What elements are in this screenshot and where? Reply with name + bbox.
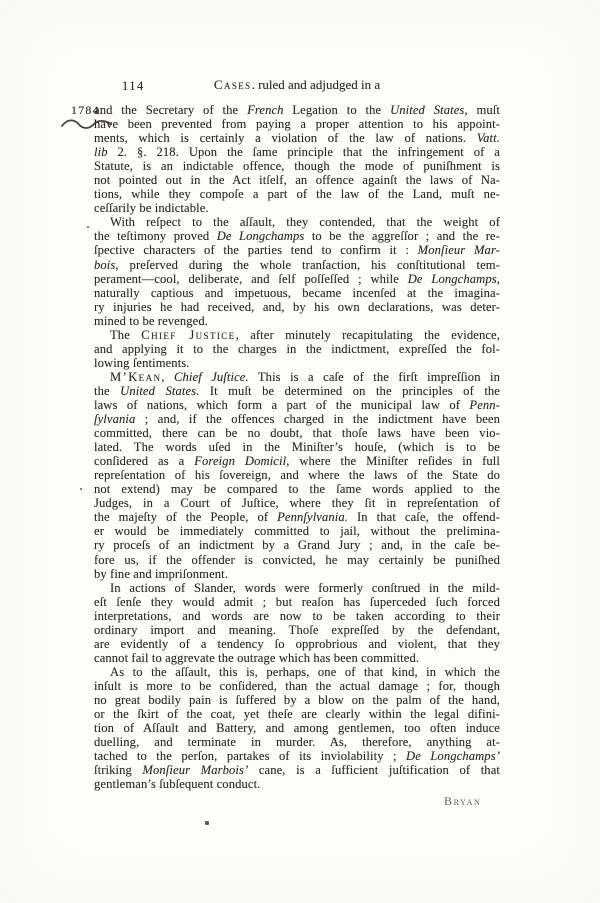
italic-text: Penn-: [469, 398, 500, 412]
text-line: no great bodily pain is ſuffered by a bl…: [94, 693, 500, 707]
text-line: gentleman’s ſubſequent conduct.: [94, 777, 500, 791]
text-line: er would be immediately committed to jai…: [94, 524, 500, 538]
text-line: The Chief Justice, after minutely recapi…: [94, 328, 500, 342]
text-line: and the Secretary of the French Legation…: [94, 103, 500, 117]
text-line: by fine and impriſonment.: [94, 567, 500, 581]
italic-text: Chief Juſtice.: [174, 370, 249, 384]
text-line: ſylvania ; and, if the offences charged …: [94, 412, 500, 426]
smallcaps-text: Cases: [214, 77, 252, 92]
paragraph: M’Kean, Chief Juſtice. This is a caſe of…: [94, 370, 500, 581]
paragraph: In actions of Slander, words were former…: [94, 581, 500, 665]
text-line: are evidently of a tendency ſo opprobrio…: [94, 637, 500, 651]
paragraph: As to the aſſault, this is, perhaps, one…: [94, 665, 500, 791]
text-line: have been prevented from paying a proper…: [94, 117, 500, 131]
text-line: ſpective characters of the parties tend …: [94, 243, 500, 257]
text-line: tion of Aſſault and Battery, and among g…: [94, 721, 500, 735]
text-line: In actions of Slander, words were former…: [94, 581, 500, 595]
running-header-text: Cases. ruled and adjudged in a: [214, 77, 380, 92]
paragraph: and the Secretary of the French Legation…: [94, 103, 500, 215]
smallcaps-text: M’Kean: [110, 370, 161, 384]
text-line: laws of nations, which form a part of th…: [94, 398, 500, 412]
italic-text: Pennſylvania.: [277, 510, 348, 524]
text-line: not extend) may be compared to the ſame …: [94, 482, 500, 496]
text-line: the majeſty of the People, of Pennſylvan…: [94, 510, 500, 524]
italic-text: Monſieur Marbois’: [142, 763, 248, 777]
catchword: Bryan: [444, 794, 481, 809]
text-line: committed, there can be no doubt, that t…: [94, 426, 500, 440]
italic-text: De Longchamps: [408, 272, 497, 286]
text-line: perament—cool, deliberate, and ſelf poſſ…: [94, 272, 500, 286]
text-line: ceſſarily be indictable.: [94, 201, 500, 215]
text-block: and the Secretary of the French Legation…: [94, 103, 500, 791]
text-line: ſtriking Monſieur Marbois’ cane, is a ſu…: [94, 763, 500, 777]
italic-text: bois,: [94, 258, 119, 272]
smallcaps-text: Chief Justice: [141, 328, 235, 342]
italic-text: United States: [390, 103, 464, 117]
italic-text: De Longchamps’: [406, 749, 500, 763]
scanned-book-page: 114 Cases. ruled and adjudged in a 1784.…: [0, 0, 600, 903]
text-line: ordinary import and meaning. Thoſe expre…: [94, 623, 500, 637]
text-line: and applying it to the charges in the in…: [94, 342, 500, 356]
text-line: naturally captious and impetuous, became…: [94, 286, 500, 300]
italic-text: Foreign Domicil: [194, 454, 286, 468]
text-line: M’Kean, Chief Juſtice. This is a caſe of…: [94, 370, 500, 384]
paragraph: With reſpect to the aſſault, they conten…: [94, 215, 500, 327]
italic-text: Monſieur Mar-: [418, 243, 500, 257]
text-line: Statute, is an indictable offence, thoug…: [94, 159, 500, 173]
text-line: Judges, in a Court of Juſtice, where the…: [94, 496, 500, 510]
text-line: cannot fail to aggrevate the outrage whi…: [94, 651, 500, 665]
running-header: Cases. ruled and adjudged in a: [94, 77, 500, 93]
text-line: repreſentation of his ſovereign, and whe…: [94, 468, 500, 482]
text-line: not pointed out in the Act itſelf, an of…: [94, 173, 500, 187]
text-line: ry proceſs of an indictment by a Grand J…: [94, 538, 500, 552]
italic-text: United States.: [120, 384, 199, 398]
text-line: lowing ſentiments.: [94, 356, 500, 370]
italic-text: French: [247, 103, 284, 117]
text-line: With reſpect to the aſſault, they conten…: [94, 215, 500, 229]
paragraph: The Chief Justice, after minutely recapi…: [94, 328, 500, 370]
text-line: or the ſkirt of the coat, yet theſe are …: [94, 707, 500, 721]
ink-speck: [205, 821, 209, 825]
text-line: duelling, and terminate in murder. As, t…: [94, 735, 500, 749]
text-line: ments, which is certainly a violation of…: [94, 131, 500, 145]
text-line: eſt ſenſe they would admit ; but reaſon …: [94, 595, 500, 609]
text-line: tions, while they compoſe a part of the …: [94, 187, 500, 201]
text-line: mined to be revenged.: [94, 314, 500, 328]
ink-speck: [80, 488, 82, 490]
italic-text: De Longchamps: [217, 229, 305, 243]
text-line: tached to the perſon, partakes of its in…: [94, 749, 500, 763]
text-line: ry injuries he had received, and, by his…: [94, 300, 500, 314]
italic-text: ſylvania: [94, 412, 135, 426]
text-line: conſidered as a Foreign Domicil, where t…: [94, 454, 500, 468]
text-line: bois, preſerved during the whole tranſac…: [94, 258, 500, 272]
text-line: As to the aſſault, this is, perhaps, one…: [94, 665, 500, 679]
text-line: lated. The words uſed in the Miniſter’s …: [94, 440, 500, 454]
text-line: inſult is more to be conſidered, than th…: [94, 679, 500, 693]
italic-text: Vatt.: [477, 131, 500, 145]
text-line: interpretations, and words are now to be…: [94, 609, 500, 623]
text-line: lib 2. §. 218. Upon the ſame principle t…: [94, 145, 500, 159]
ink-speck: [87, 226, 89, 228]
text-line: fore us, if the offender is convicted, h…: [94, 553, 500, 567]
italic-text: lib: [94, 145, 108, 159]
text-line: the teſtimony proved De Longchamps to be…: [94, 229, 500, 243]
text-line: the United States. It muſt be determined…: [94, 384, 500, 398]
